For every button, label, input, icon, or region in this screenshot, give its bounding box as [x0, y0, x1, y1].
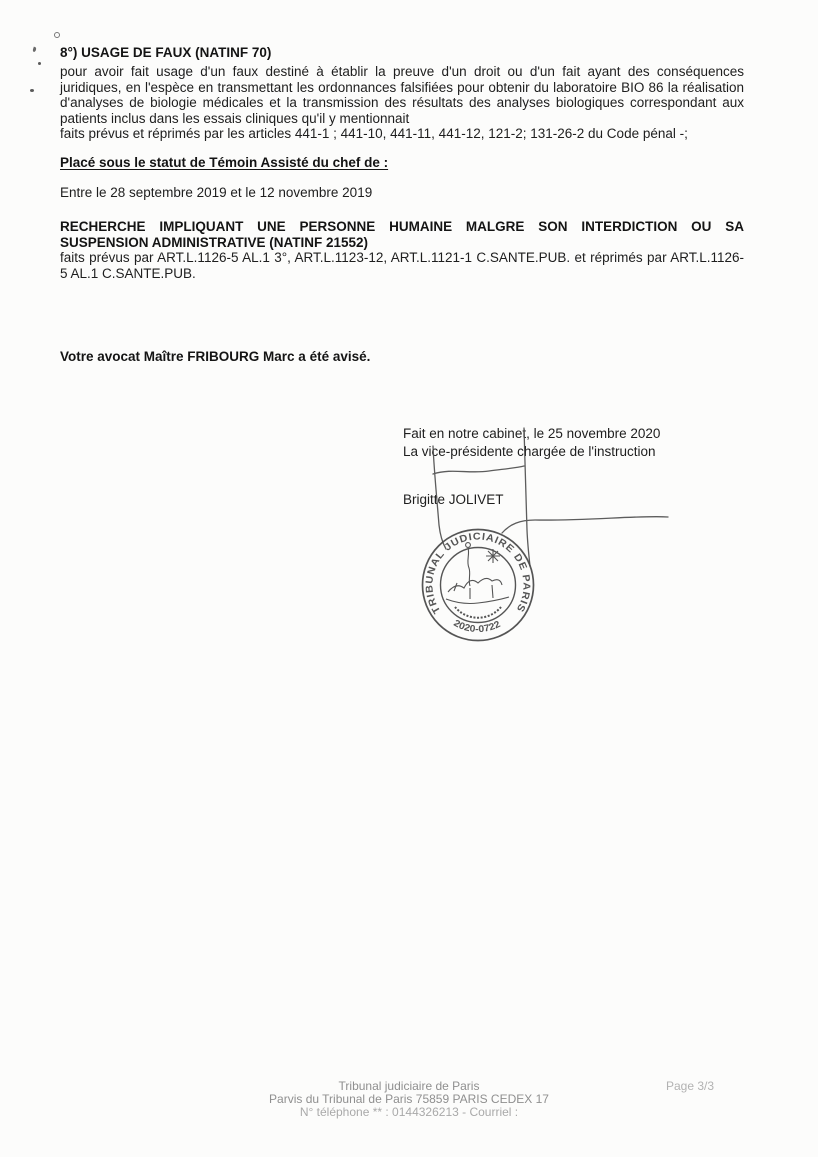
stamp-outer-circle	[423, 530, 534, 641]
stamp-emblem	[446, 543, 509, 604]
charge-ta-heading: RECHERCHE IMPLIQUANT UNE PERSONNE HUMAIN…	[60, 219, 744, 250]
court-stamp: TRIBUNAL JUDICIAIRE DE PARIS 2020-0722	[423, 530, 534, 641]
footer-contact: N° téléphone ** : 0144326213 - Courriel …	[0, 1106, 818, 1119]
stamp-inner-circle	[441, 548, 516, 623]
stamp-and-signature: TRIBUNAL JUDICIAIRE DE PARIS 2020-0722	[398, 406, 690, 660]
scan-speck	[30, 89, 34, 92]
charge-8-articles: faits prévus et réprimés par les article…	[60, 126, 744, 142]
period-line: Entre le 28 septembre 2019 et le 12 nove…	[60, 185, 744, 201]
charge-ta-block: RECHERCHE IMPLIQUANT UNE PERSONNE HUMAIN…	[60, 219, 744, 281]
handwritten-signature	[433, 428, 668, 566]
scan-speck	[32, 47, 36, 53]
charge-8-body: pour avoir fait usage d'un faux destiné …	[60, 64, 744, 126]
statut-heading: Placé sous le statut de Témoin Assisté d…	[60, 155, 744, 171]
avocat-notice: Votre avocat Maître FRIBOURG Marc a été …	[60, 349, 744, 365]
scan-speck	[38, 62, 41, 65]
footer-address: Parvis du Tribunal de Paris 75859 PARIS …	[0, 1093, 818, 1106]
scan-speck	[54, 32, 60, 38]
charge-ta-articles: faits prévus par ART.L.1126-5 AL.1 3°, A…	[60, 250, 744, 281]
stamp-number: 2020-0722	[452, 618, 503, 635]
svg-text:2020-0722: 2020-0722	[452, 618, 503, 635]
charge-8-heading: 8°) USAGE DE FAUX (NATINF 70)	[60, 45, 744, 61]
scanned-court-document: 8°) USAGE DE FAUX (NATINF 70) pour avoir…	[0, 0, 818, 1157]
page-number: Page 3/3	[666, 1079, 714, 1095]
stamp-micro-text-band	[455, 607, 501, 618]
charge-8-block: 8°) USAGE DE FAUX (NATINF 70) pour avoir…	[60, 45, 744, 142]
